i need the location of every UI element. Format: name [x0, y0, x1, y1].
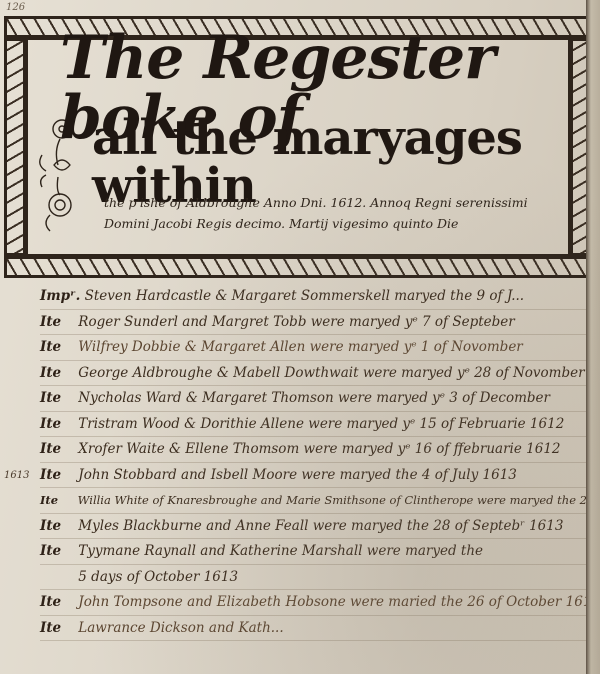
- rope-border-bottom: [4, 256, 594, 278]
- entry-text: Xrofer Waite & Ellene Thomsom were marye…: [78, 441, 560, 457]
- marriage-entry: Ite John Tompsone and Elizabeth Hobsone …: [40, 590, 592, 616]
- folio-number: 126: [6, 2, 25, 13]
- entry-lead: Ite: [40, 488, 74, 512]
- entry-lead: Ite: [40, 616, 74, 640]
- register-subtitle-line1: the p'ishe of Aldbroughe Anno Dni. 1612.…: [104, 195, 528, 210]
- entry-lead: Ite: [40, 463, 74, 487]
- marriage-entry: Ite Roger Sunderl and Margret Tobb were …: [40, 310, 592, 336]
- entry-text: 5 days of October 1613: [78, 569, 238, 585]
- margin-year-note: 1613: [4, 470, 29, 481]
- entry-text: Tyymane Raynall and Katherine Marshall w…: [78, 543, 483, 559]
- entry-lead: Ite: [40, 590, 74, 614]
- entry-text: Myles Blackburne and Anne Feall were mar…: [78, 518, 563, 534]
- manuscript-page: 126 The Regester boke of all the maryage…: [0, 0, 600, 674]
- rope-border-left: [4, 38, 26, 256]
- entry-text: Wilfrey Dobbie & Margaret Allen were mar…: [78, 339, 522, 355]
- marriage-entries: Impʳ. Steven Hardcastle & Margaret Somme…: [40, 284, 592, 641]
- entry-text: George Aldbroughe & Mabell Dowthwait wer…: [78, 365, 584, 381]
- entry-lead: Ite: [40, 361, 74, 385]
- book-gutter: [586, 0, 600, 674]
- marriage-entry: Ite Willia White of Knaresbroughe and Ma…: [40, 488, 592, 514]
- entry-text: Steven Hardcastle & Margaret Sommerskell…: [85, 288, 524, 304]
- entry-text: Nycholas Ward & Margaret Thomson were ma…: [78, 390, 550, 406]
- entry-lead: Ite: [40, 437, 74, 461]
- marriage-entry: Ite George Aldbroughe & Mabell Dowthwait…: [40, 361, 592, 387]
- entry-lead: Ite: [40, 386, 74, 410]
- entry-lead: Ite: [40, 335, 74, 359]
- marriage-entry: Ite Tristram Wood & Dorithie Allene were…: [40, 412, 592, 438]
- entry-text: Roger Sunderl and Margret Tobb were mary…: [78, 314, 514, 330]
- entry-text: Willia White of Knaresbroughe and Marie …: [78, 493, 600, 507]
- entry-text: Lawrance Dickson and Kath...: [78, 620, 283, 636]
- marriage-entry: Ite John Stobbard and Isbell Moore were …: [40, 463, 592, 489]
- marriage-entry: Ite Tyymane Raynall and Katherine Marsha…: [40, 539, 592, 565]
- marriage-entry: Ite Xrofer Waite & Ellene Thomsom were m…: [40, 437, 592, 463]
- marriage-entry: Ite Myles Blackburne and Anne Feall were…: [40, 514, 592, 540]
- marriage-entry-continuation: 5 days of October 1613: [40, 565, 592, 591]
- marriage-entry: Ite Nycholas Ward & Margaret Thomson wer…: [40, 386, 592, 412]
- entry-text: John Tompsone and Elizabeth Hobsone were…: [78, 594, 600, 610]
- marriage-entry: Impʳ. Steven Hardcastle & Margaret Somme…: [40, 284, 592, 310]
- marriage-entry: Ite Lawrance Dickson and Kath...: [40, 616, 592, 642]
- entry-text: Tristram Wood & Dorithie Allene were mar…: [78, 416, 564, 432]
- entry-lead: Ite: [40, 310, 74, 334]
- entry-text: John Stobbard and Isbell Moore were mary…: [78, 467, 517, 483]
- entry-lead: Ite: [40, 514, 74, 538]
- entry-lead: Ite: [40, 412, 74, 436]
- entry-lead: Ite: [40, 539, 74, 563]
- marriage-entry: Ite Wilfrey Dobbie & Margaret Allen were…: [40, 335, 592, 361]
- entry-lead: Impʳ.: [40, 284, 80, 308]
- register-subtitle-line2: Domini Jacobi Regis decimo. Martij viges…: [104, 216, 458, 231]
